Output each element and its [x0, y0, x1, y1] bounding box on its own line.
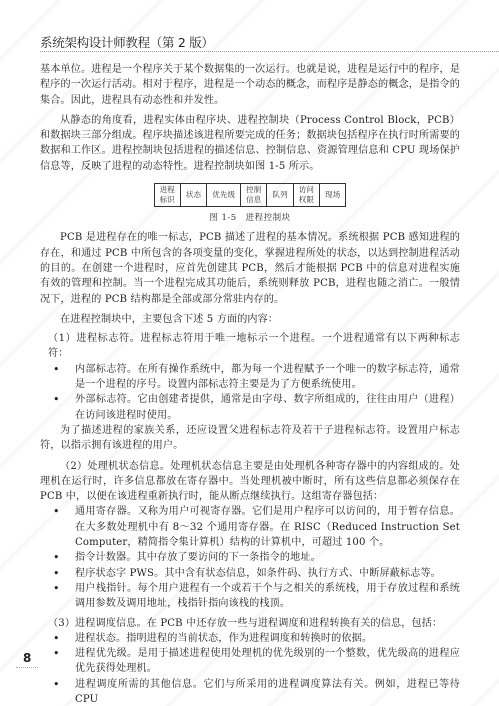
bullet-general-registers: 通用寄存器。又称为用户可视寄存器。它们是用户程序可以访问的，用于暂存信息。在大多… — [40, 504, 460, 550]
document-page: 系统架构设计师教程（第 2 版） 基本单位。进程是一个程序关于某个数据集的一次运… — [0, 0, 499, 706]
bullet-other-scheduling-info: 进程调度所需的其他信息。它们与所采用的进程调度算法有关。例如，进程已等待 CPU — [40, 677, 460, 706]
paragraph-process-components: 从静态的角度看，进程实体由程序块、进程控制块（Process Control B… — [40, 113, 460, 174]
section-3-heading: （3）进程调度信息。在 PCB 中还存放一些与进程调度和进程转换有关的信息，包括… — [40, 616, 460, 631]
pcb-cell-priority: 优先级 — [207, 184, 241, 207]
pcb-cell-process-id: 进程 标识 — [154, 184, 180, 207]
paragraph-process-definition: 基本单位。进程是一个程序关于某个数据集的一次运行。也就是说，进程是运行中的程序，… — [40, 62, 460, 108]
pcb-cell-context: 现场 — [320, 184, 346, 207]
figure-pcb: 进程 标识 状态 优先级 控制 信息 队列 访问 权限 现场 图 1-5 进程控… — [40, 183, 460, 226]
figure-caption: 图 1-5 进程控制块 — [40, 211, 460, 226]
pcb-cell-queue: 队列 — [267, 184, 293, 207]
section-3-bullet-list: 进程状态。指明进程的当前状态，作为进程调度和转换时的依据。 进程优先级。是用于描… — [40, 631, 460, 706]
pcb-cell-state: 状态 — [180, 184, 206, 207]
bullet-process-priority: 进程优先级。是用于描述进程使用处理机的优先级别的一个整数，优先级高的进程应优先获… — [40, 646, 460, 677]
section-2-heading: （2）处理机状态信息。处理机状态信息主要是由处理机各种寄存器中的内容组成的。处理… — [40, 459, 460, 505]
pcb-cell-control-info: 控制 信息 — [241, 184, 267, 207]
page-number-underline — [16, 667, 38, 668]
paragraph-pcb-contents-intro: 在进程控制块中，主要包含下述 5 方面的内容： — [40, 312, 460, 327]
header-divider — [40, 51, 499, 52]
bullet-program-status-word: 程序状态字 PWS。其中含有状态信息，如条件码、执行方式、中断屏蔽标志等。 — [40, 566, 460, 581]
bullet-internal-identifier: 内部标志符。在所有操作系统中，都为每一个进程赋予一个唯一的数字标志符，通常是一个… — [40, 362, 460, 393]
running-header-title: 系统架构设计师教程（第 2 版） — [40, 33, 499, 51]
paragraph-family-relation: 为了描述进程的家族关系，还应设置父进程标志符及若干子进程标志符。设置用户标志符，… — [40, 423, 460, 454]
section-2-bullet-list: 通用寄存器。又称为用户可视寄存器。它们是用户程序可以访问的，用于暂存信息。在大多… — [40, 504, 460, 611]
page-number: 8 — [23, 651, 31, 665]
paragraph-pcb-description: PCB 是进程存在的唯一标志，PCB 描述了进程的基本情况。系统根据 PCB 感… — [40, 230, 460, 306]
bullet-process-state: 进程状态。指明进程的当前状态，作为进程调度和转换时的依据。 — [40, 631, 460, 646]
body-text: 基本单位。进程是一个程序关于某个数据集的一次运行。也就是说，进程是运行中的程序，… — [40, 62, 460, 706]
bullet-user-stack-pointer: 用户栈指针。每个用户进程有一个或若干个与之相关的系统栈，用于存放过程和系统调用参… — [40, 581, 460, 612]
section-1-heading: （1）进程标志符。进程标志符用于唯一地标示一个进程。一个进程通常有以下两种标志符… — [40, 331, 460, 362]
pcb-structure-table: 进程 标识 状态 优先级 控制 信息 队列 访问 权限 现场 — [154, 183, 347, 207]
pcb-cell-access-rights: 访问 权限 — [293, 184, 319, 207]
bullet-instruction-counter: 指令计数器。其中存放了要访问的下一条指令的地址。 — [40, 550, 460, 565]
bullet-external-identifier: 外部标志符。它由创建者提供，通常是由字母、数字所组成的，往往由用户（进程）在访问… — [40, 392, 460, 423]
section-1-bullet-list: 内部标志符。在所有操作系统中，都为每一个进程赋予一个唯一的数字标志符，通常是一个… — [40, 362, 460, 423]
